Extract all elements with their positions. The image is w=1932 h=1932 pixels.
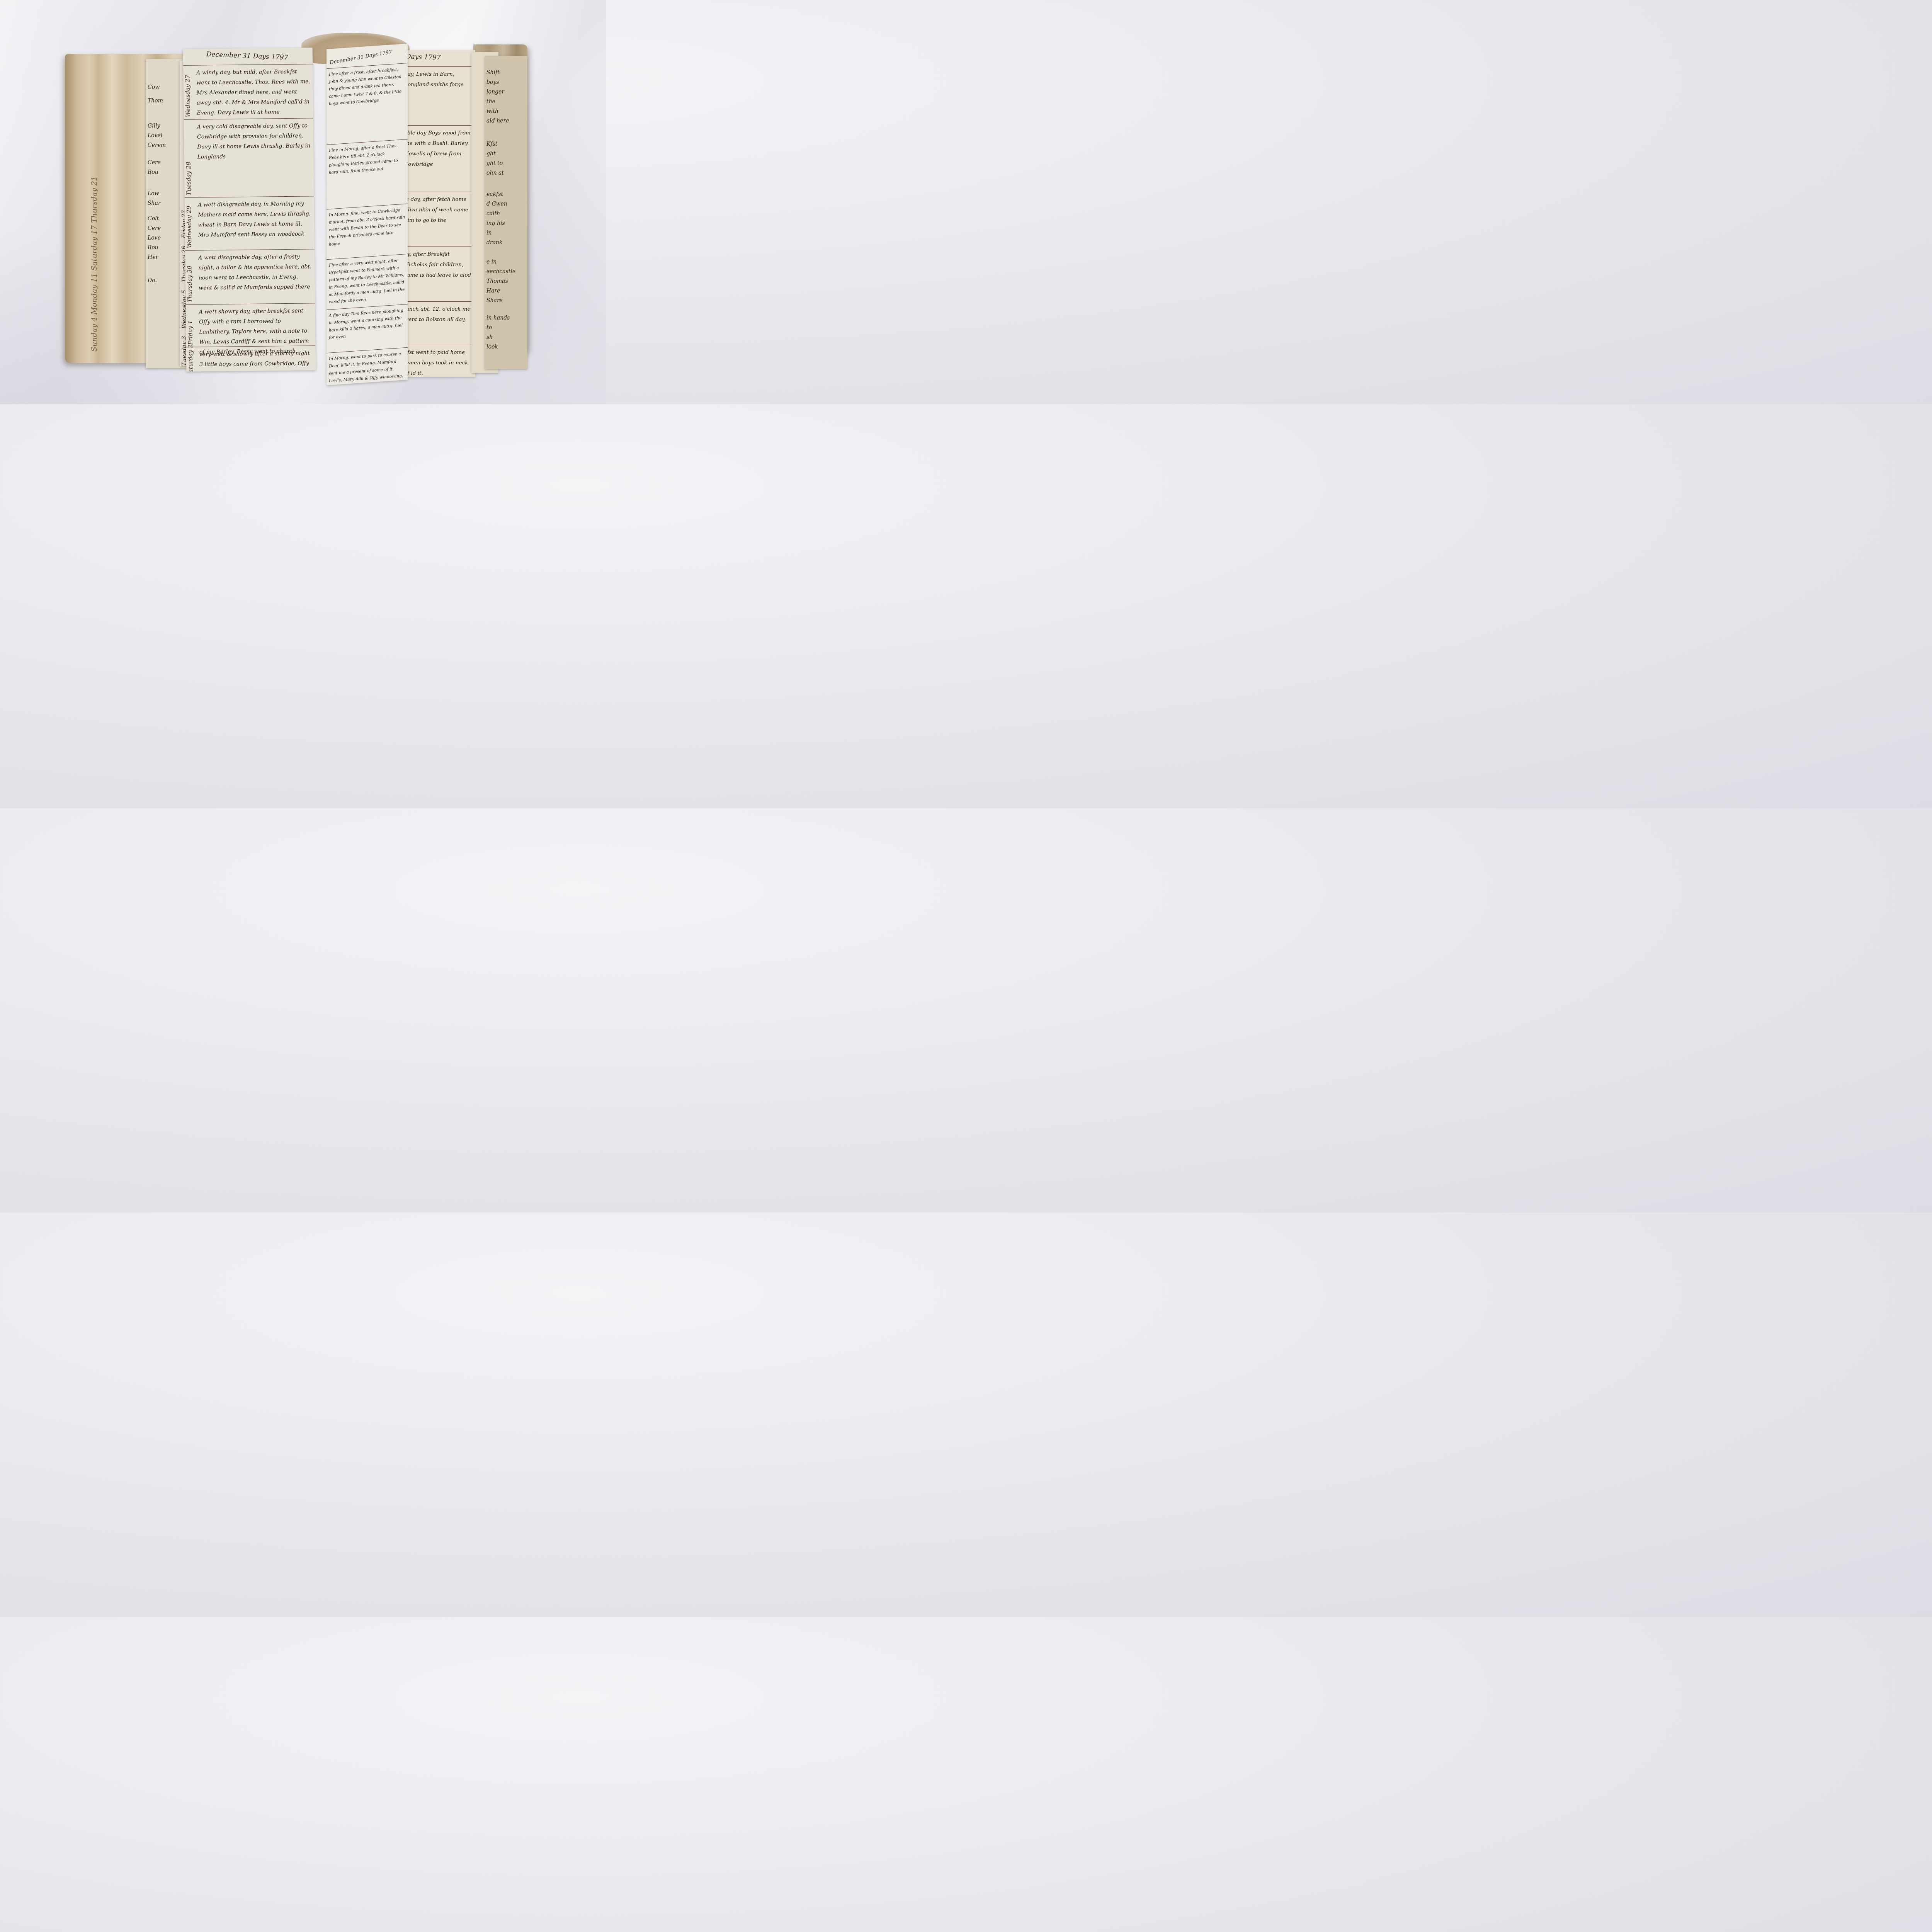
entry-text: le day, after fetch home Eliza nkin of w…: [404, 194, 473, 226]
right-edge-line: ght to: [486, 158, 526, 169]
main-diary-page: December 31 Days 1797 Wednesday 27 A win…: [183, 48, 316, 371]
right-edge-line: ohn at: [486, 168, 526, 179]
right-edge-line: boys: [486, 77, 526, 88]
diary-entry: kfst went to paid home tween boys took i…: [402, 345, 475, 377]
right-edge-line: eechcastle: [486, 267, 526, 277]
entry-text: A fine day Tom Rees here ploughing in Mo…: [329, 307, 405, 342]
diary-entry: Tuesday 28 A very cold disagreable day, …: [184, 118, 314, 197]
right-edge-line: Shift: [486, 68, 526, 78]
right-edge-line: e in: [486, 257, 526, 267]
entry-text: day, Lewis in Barn, Longland smiths forg…: [404, 69, 473, 90]
entry-text: In Morng. fine, went to Cowbridge market…: [329, 206, 405, 248]
entry-day: Saturday 2: [187, 349, 197, 371]
entry-day: Thursday 30: [186, 252, 196, 302]
entry-text: very wett & showry after a stormy night …: [199, 348, 314, 371]
right-edge-line: Kfst: [486, 139, 526, 150]
right-diary-page: Days 1797 day, Lewis in Barn, Longland s…: [402, 50, 475, 377]
entry-day: Friday 1: [187, 306, 197, 345]
diary-entry: lunch abt. 12. o'clock me went to Bolsto…: [402, 301, 475, 344]
diary-entry: Fine in Morng. after a frost Thos. Rees …: [327, 139, 408, 209]
right-edge-line: Share: [486, 296, 526, 306]
page-heading: Days 1797: [406, 53, 441, 61]
diary-entry: able day Boys wood from the with a Bushl…: [402, 125, 475, 191]
entry-text: A wett disagreable day, in Morning my Mo…: [198, 199, 312, 240]
right-edge-line: in: [486, 228, 526, 238]
page-heading: December 31 Days 1797: [330, 49, 393, 66]
diary-entry: A fine day Tom Rees here ploughing in Mo…: [327, 304, 408, 353]
right-edge-line: ing his: [486, 218, 526, 229]
faint-text-column: Sunday 4 Monday 11 Saturday 17 Thursday …: [88, 70, 115, 352]
right-edge-line: look: [486, 342, 526, 352]
right-edge-line: drank: [486, 238, 526, 248]
entry-day: Tuesday 28: [185, 121, 196, 195]
right-edge-line: the: [486, 97, 526, 107]
diary-entry: Fine after a frost, after breakfast, Joh…: [327, 63, 408, 145]
entry-text: A windy day, but mild, after Breakfst we…: [196, 66, 311, 118]
right-edge-line: with: [486, 106, 526, 117]
diary-entry: Fine after a very wett night, after Brea…: [327, 254, 408, 310]
diary-entry: In Morng. fine, went to Cowbridge market…: [327, 204, 408, 259]
entry-text: Fine after a frost, after breakfast, Joh…: [329, 66, 405, 108]
entry-text: Fine after a very wett night, after Brea…: [329, 257, 405, 306]
entry-text: Fine in Morng. after a frost Thos. Rees …: [329, 142, 405, 177]
entry-text: A very cold disagreable day, sent Offy t…: [197, 121, 311, 162]
diary-entry: In Morng. went to park to course a Deer,…: [327, 347, 408, 386]
diary-entry: Wednesday 29 A wett disagreable day, in …: [185, 196, 315, 250]
right-edge-line: ald here: [486, 116, 526, 126]
right-edge-line: longer: [486, 87, 526, 97]
right-edge-line: in hands: [486, 313, 526, 323]
right-edge-line: sh: [486, 332, 526, 343]
folded-insert-leaf[interactable]: December 31 Days 1797 Fine after a frost…: [327, 44, 408, 386]
entry-text: ay, after Breakfst Nicholas fair childre…: [404, 249, 473, 281]
right-edge-line: d Gwen: [486, 199, 526, 209]
right-edge-line: ght: [486, 149, 526, 159]
right-edge-line: to: [486, 323, 526, 333]
right-edge-line: calth: [486, 209, 526, 219]
page-heading: December 31 Days 1797: [206, 51, 288, 62]
right-edge-line: eakfst: [486, 189, 526, 200]
entry-text: A wett disagreable day, after a frosty n…: [198, 252, 313, 293]
diary-entry: le day, after fetch home Eliza nkin of w…: [402, 192, 475, 246]
right-edge-page: Shift boys longer the with ald here Kfst…: [485, 56, 527, 369]
diary-entry: day, Lewis in Barn, Longland smiths forg…: [402, 66, 475, 125]
diary-entry: Thursday 30 A wett disagreable day, afte…: [185, 249, 315, 304]
right-edge-line: Hare: [486, 286, 526, 296]
diary-entry: Saturday 2 very wett & showry after a st…: [186, 345, 316, 372]
diary-entry: ay, after Breakfst Nicholas fair childre…: [402, 247, 475, 301]
entry-text: In Morng. went to park to course a Deer,…: [329, 350, 405, 385]
right-edge-line: Thomas: [486, 276, 526, 287]
diary-entry: Friday 1 A wett showry day, after breakf…: [186, 303, 316, 347]
entry-day: Wednesday 27: [184, 67, 194, 117]
entry-text: able day Boys wood from the with a Bushl…: [404, 128, 473, 170]
entry-text: kfst went to paid home tween boys took i…: [404, 347, 473, 377]
open-diary-book: Sunday 4 Monday 11 Saturday 17 Thursday …: [62, 33, 529, 383]
diary-entry: Wednesday 27 A windy day, but mild, afte…: [183, 64, 313, 119]
entry-day: Wednesday 29: [185, 199, 196, 248]
entry-text: lunch abt. 12. o'clock me went to Bolsto…: [404, 304, 473, 325]
